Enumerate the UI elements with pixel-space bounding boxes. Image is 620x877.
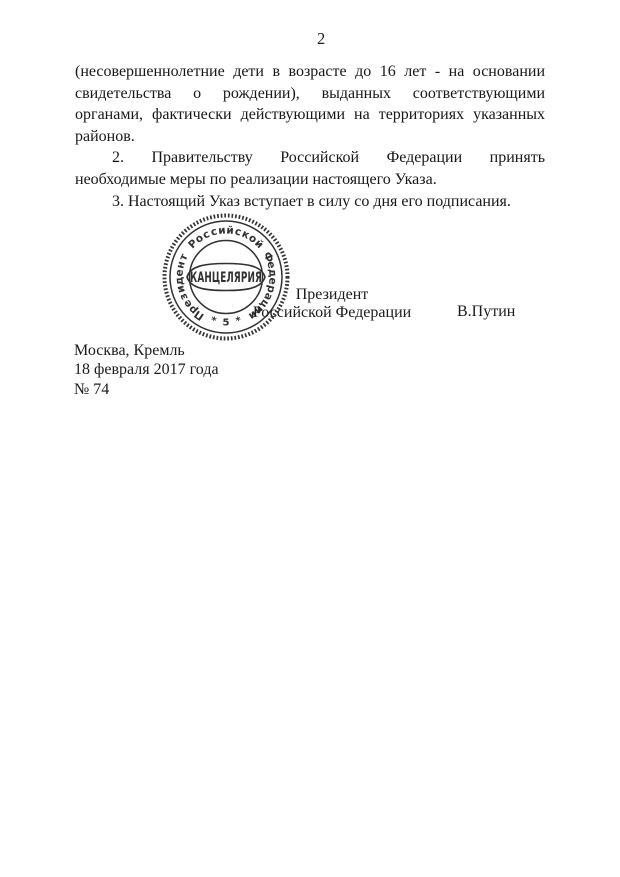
stamp-center-label: КАНЦЕЛЯРИЯ — [190, 270, 262, 286]
page-number: 2 — [317, 29, 325, 49]
footer-block: Москва, Кремль 18 февраля 2017 года № 74 — [74, 341, 219, 399]
footer-date: 18 февраля 2017 года — [74, 360, 219, 379]
stamp-bottom-letter: * — [235, 315, 244, 327]
document-page: 2 (несовершеннолетние дети в возрасте до… — [0, 0, 620, 877]
stamp-bottom-letter: * — [209, 315, 218, 327]
body-paragraph: (несовершеннолетние дети в возрасте до 1… — [75, 61, 545, 147]
footer-number: № 74 — [74, 380, 219, 399]
body-paragraph: 3. Настоящий Указ вступает в силу со дня… — [75, 191, 545, 213]
stamp-bottom-text: *5* — [209, 315, 243, 329]
body-paragraph: 2. Правительству Российской Федерации пр… — [75, 147, 545, 190]
stamp-ring-letter: и — [218, 224, 226, 237]
signature-name: В.Путин — [457, 303, 515, 321]
stamp-bottom-letter: 5 — [223, 318, 230, 329]
footer-place: Москва, Кремль — [74, 341, 219, 360]
chancellery-stamp-seal-icon: КАНЦЕЛЯРИЯ ПрезидентРоссийскойФедерации … — [156, 207, 296, 347]
decree-body: (несовершеннолетние дети в возрасте до 1… — [75, 61, 545, 212]
